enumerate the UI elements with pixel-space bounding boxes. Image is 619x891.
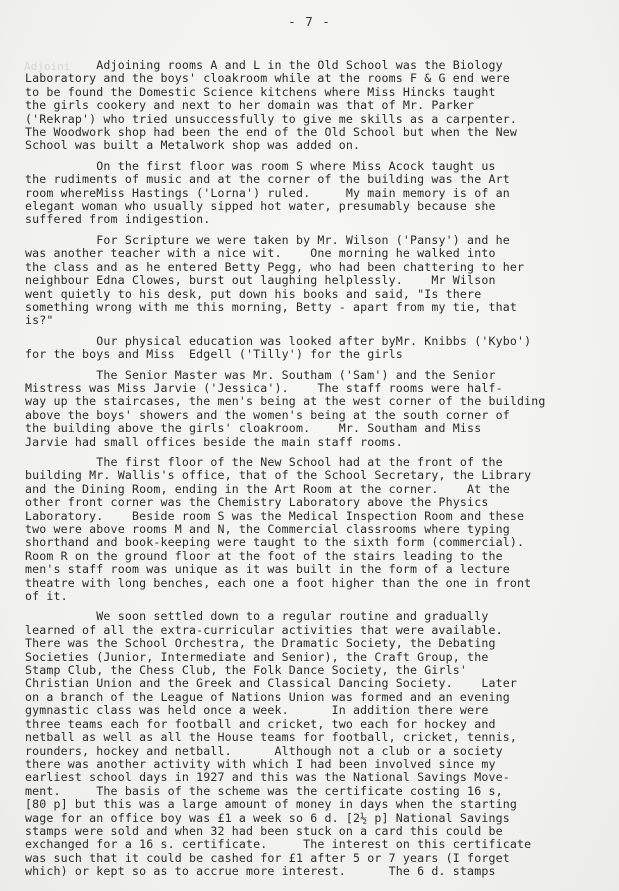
page-number: - 7 - (0, 14, 619, 29)
paragraph-senior-master: The Senior Master was Mr. Southam ('Sam'… (25, 369, 619, 449)
paragraph-first-floor-music-art: On the first floor was room S where Miss… (25, 160, 619, 227)
paragraph-biology-lab: Adjoining rooms A and L in the Old Schoo… (25, 59, 619, 153)
paragraph-extra-curricular: We soon settled down to a regular routin… (25, 610, 619, 878)
paragraph-physical-education: Our physical education was looked after … (25, 335, 619, 362)
paragraph-scripture: For Scripture we were taken by Mr. Wilso… (25, 234, 619, 328)
paragraph-new-school-first-floor: The first floor of the New School had at… (25, 456, 619, 603)
document-page: - 7 - Adjoini Adjoining rooms A and L in… (0, 0, 619, 891)
document-body: Adjoining rooms A and L in the Old Schoo… (25, 59, 619, 886)
